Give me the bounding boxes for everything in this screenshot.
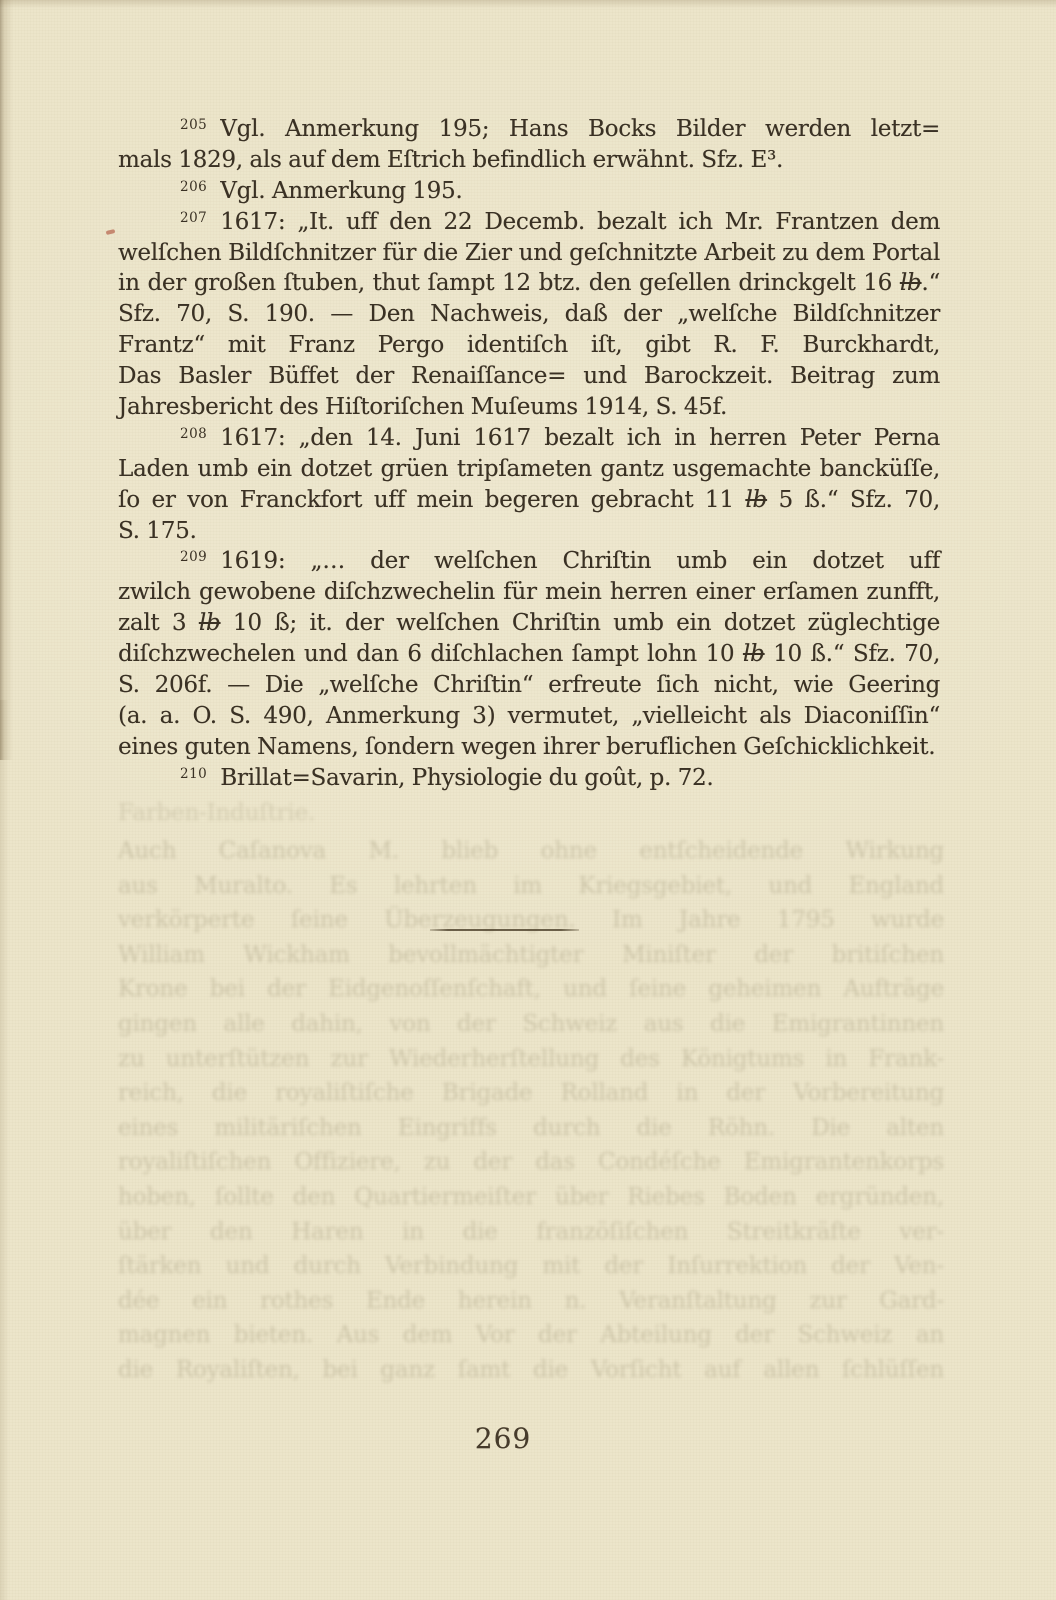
- footnote-number: 210: [180, 766, 220, 782]
- page-left-edge-shadow-lower: [0, 700, 10, 1600]
- footnote-line: Frantz“ mit Franz Pergo identiſch iſt, g…: [118, 330, 940, 361]
- bleedthrough-line: Krone bei der Eidgenoſſenſchaft, und ſei…: [118, 974, 944, 1004]
- page-top-edge-shadow: [0, 0, 1056, 8]
- footnote-line: Laden umb ein dotzet grüen tripſameten g…: [118, 454, 940, 485]
- footnote-line: Jahresbericht des Hiſtoriſchen Muſeums 1…: [118, 392, 940, 423]
- bleedthrough-line: aus Muralto. Es lehrten im Kriegsgebiet,…: [118, 871, 944, 901]
- footnote-number: 208: [180, 426, 220, 442]
- page-number: 269: [118, 1422, 888, 1455]
- pound-symbol: lb: [743, 641, 765, 667]
- pound-symbol: lb: [900, 270, 922, 296]
- bleedthrough-line: royaliſtiſchen Offiziere, zu der das Con…: [118, 1147, 944, 1177]
- footnote-208: 2081617: „den 14. Juni 1617 bezalt ich i…: [118, 423, 940, 547]
- bleedthrough-line: zu unterſtützen zur Wiederherſtellung de…: [118, 1044, 944, 1074]
- margin-ink-speck: [106, 229, 116, 235]
- footnote-line: zalt 3 lb 10 ß; it. der welſchen Chriſti…: [118, 608, 940, 639]
- footnote-line: welſchen Bildſchnitzer für die Zier und …: [118, 238, 940, 269]
- bleedthrough-line: dée ein rothes Ende herein n. Veranſtalt…: [118, 1286, 944, 1316]
- footnote-line: S. 206f. — Die „welſche Chriſtin“ erfreu…: [118, 670, 940, 701]
- bleedthrough-line: über den Haren in die franzöſiſchen Stre…: [118, 1217, 944, 1247]
- footnotes-block: 205Vgl. Anmerkung 195; Hans Bocks Bilder…: [118, 114, 940, 794]
- footnote-line: Das Basler Büffet der Renaiſſance= und B…: [118, 361, 940, 392]
- footnote-209: 2091619: „… der welſchen Chriſtin umb ei…: [118, 546, 940, 762]
- bleedthrough-line: Farben-Induſtrie.: [118, 798, 944, 828]
- bleedthrough-line: eines militäriſchen Eingriffs durch die …: [118, 1113, 944, 1143]
- footnote-line: zwilch gewobene diſchzwechelin für mein …: [118, 577, 940, 608]
- footnote-number: 205: [180, 117, 220, 133]
- footnote-number: 209: [180, 549, 220, 565]
- bleedthrough-line: hoben, ſollte den Quartiermeiſter über R…: [118, 1182, 944, 1212]
- footnote-line: 205Vgl. Anmerkung 195; Hans Bocks Bilder…: [118, 114, 940, 145]
- bleedthrough-line: Auch Caſanova M. blieb ohne entſcheidend…: [118, 836, 944, 866]
- footnote-line: 2071617: „It. uff den 22 Decemb. bezalt …: [118, 207, 940, 238]
- footnote-207: 2071617: „It. uff den 22 Decemb. bezalt …: [118, 207, 940, 423]
- footnote-line: 2091619: „… der welſchen Chriſtin umb ei…: [118, 546, 940, 577]
- bleedthrough-line: die Royaliſten, bei ganz ſamt die Vorſic…: [118, 1355, 944, 1385]
- footnote-line: 206Vgl. Anmerkung 195.: [118, 176, 940, 207]
- pound-symbol: lb: [745, 487, 767, 513]
- footnote-205: 205Vgl. Anmerkung 195; Hans Bocks Bilder…: [118, 114, 940, 176]
- footnote-line: 2081617: „den 14. Juni 1617 bezalt ich i…: [118, 423, 940, 454]
- footnote-line: mals 1829, als auf dem Eſtrich befindlic…: [118, 145, 940, 176]
- footnote-line: diſchzwechelen und dan 6 diſchlachen ſam…: [118, 639, 940, 670]
- footnote-line: in der großen ſtuben, thut ſampt 12 btz.…: [118, 268, 940, 299]
- bleedthrough-line: ſtärken und durch Verbindung mit der Inſ…: [118, 1251, 944, 1281]
- footnote-line: Sfz. 70, S. 190. — Den Nachweis, daß der…: [118, 299, 940, 330]
- pound-symbol: lb: [199, 610, 221, 636]
- footnote-line: eines guten Namens, ſondern wegen ihrer …: [118, 732, 940, 763]
- bleedthrough-line: reich, die royaliſtiſche Brigade Rolland…: [118, 1078, 944, 1108]
- footnote-line: S. 175.: [118, 516, 940, 547]
- footnote-line: (a. a. O. S. 490, Anmerkung 3) vermutet,…: [118, 701, 940, 732]
- bleedthrough-line: gingen alle dahin, von der Schweiz aus d…: [118, 1009, 944, 1039]
- footnote-number: 206: [180, 179, 220, 195]
- bleedthrough-line: William Wickham bevollmächtigter Miniſte…: [118, 940, 944, 970]
- scanned-book-page: Farben-Induſtrie.Auch Caſanova M. blieb …: [0, 0, 1056, 1600]
- footnote-210: 210Brillat=Savarin, Physiologie du goût,…: [118, 763, 940, 794]
- footnote-number: 207: [180, 210, 220, 226]
- footnote-line: 210Brillat=Savarin, Physiologie du goût,…: [118, 763, 940, 794]
- footnote-line: ſo er von Franckfort uff mein begeren ge…: [118, 485, 940, 516]
- footnote-206: 206Vgl. Anmerkung 195.: [118, 176, 940, 207]
- page-left-edge-shadow: [0, 0, 14, 760]
- footnote-divider-rule: [430, 929, 579, 931]
- bleedthrough-line: magnen bieten. Aus dem Vor der Abteilung…: [118, 1320, 944, 1350]
